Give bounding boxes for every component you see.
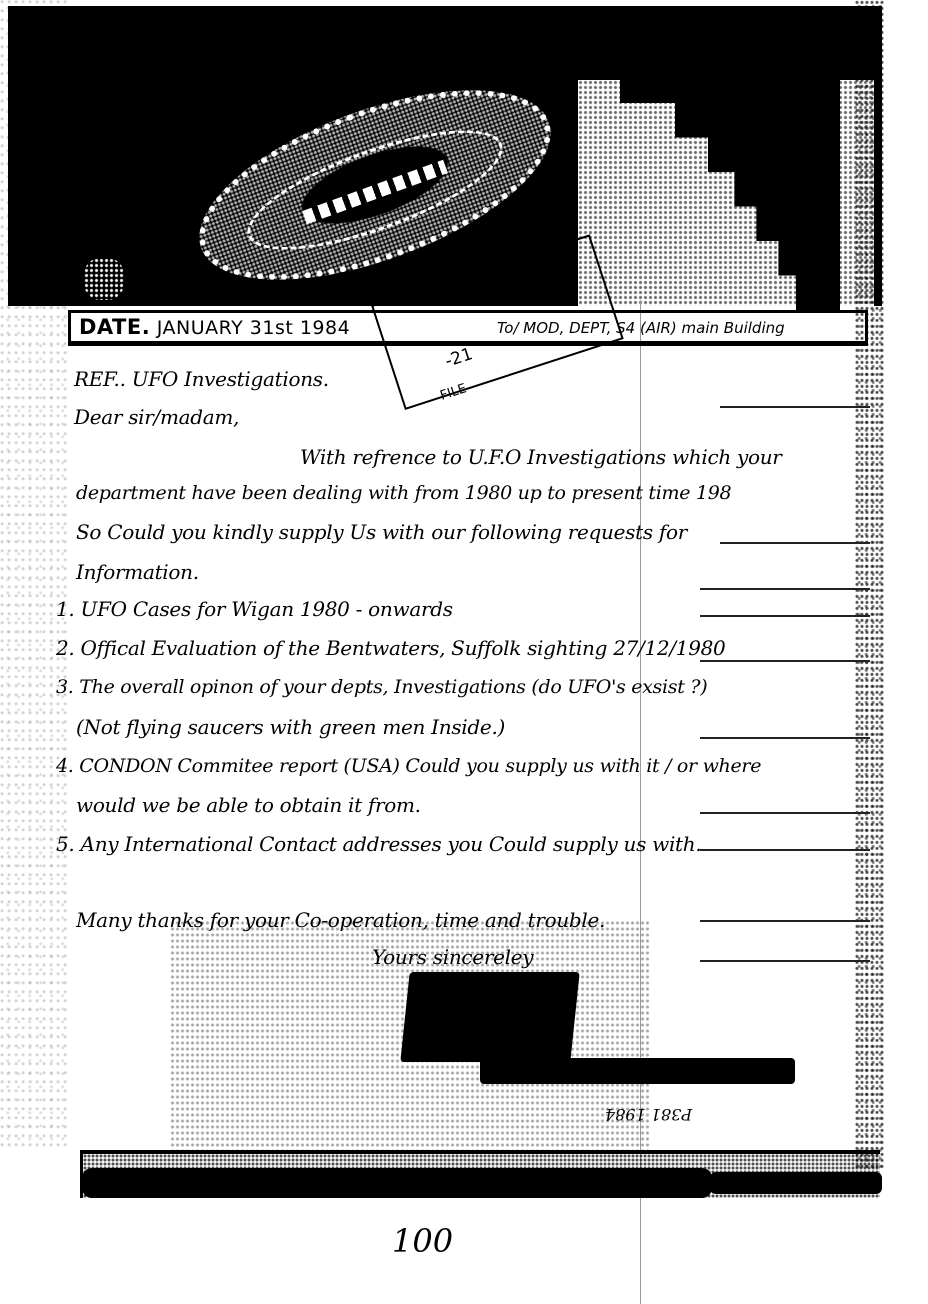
request-item-5: 5. Any International Contact addresses y…	[56, 832, 701, 856]
request-text: Any International Contact addresses you …	[81, 832, 702, 856]
date-value: JANUARY 31st 1984	[157, 317, 350, 339]
request-text: CONDON Commitee report (USA) Could you s…	[79, 755, 761, 777]
salutation: Dear sir/madam,	[74, 405, 239, 429]
request-text: Offical Evaluation of the Bentwaters, Su…	[81, 636, 726, 660]
request-continuation: (Not flying saucers with green men Insid…	[76, 715, 505, 739]
upside-down-annotation: P381 1984	[605, 1105, 692, 1124]
ruled-line	[700, 660, 870, 662]
redacted-signature	[400, 972, 579, 1062]
ruled-line	[700, 849, 870, 851]
request-item-1: 1. UFO Cases for Wigan 1980 - onwards	[56, 597, 453, 621]
ruled-line	[700, 588, 870, 590]
redacted-footer-left	[82, 1168, 712, 1198]
request-number: 3.	[56, 676, 74, 698]
request-text: UFO Cases for Wigan 1980 - onwards	[81, 597, 453, 621]
alien-logo-icon	[84, 258, 124, 300]
body-line: Information.	[76, 560, 199, 584]
date-label: DATE.	[79, 315, 150, 339]
scan-noise-right	[855, 0, 885, 1170]
ruled-line	[720, 542, 870, 544]
page-number: 100	[392, 1222, 453, 1260]
ruled-line	[700, 960, 870, 962]
request-continuation: would we be able to obtain it from.	[76, 793, 421, 817]
request-item-4: 4. CONDON Commitee report (USA) Could yo…	[56, 755, 761, 777]
ruled-line	[700, 812, 870, 814]
body-line: department have been dealing with from 1…	[76, 482, 731, 504]
request-text: The overall opinon of your depts, Invest…	[79, 676, 707, 698]
ruled-line	[700, 615, 870, 617]
redacted-name	[480, 1058, 795, 1084]
letter-date: DATE. JANUARY 31st 1984	[79, 315, 350, 339]
request-number: 1.	[56, 597, 74, 621]
request-number: 5.	[56, 832, 74, 856]
ruled-line	[700, 737, 870, 739]
closing-line: Many thanks for your Co-operation, time …	[76, 908, 605, 932]
request-number: 2.	[56, 636, 74, 660]
reference-line: REF.. UFO Investigations.	[74, 367, 329, 391]
ruled-line	[700, 920, 870, 922]
body-line: With refrence to U.F.O Investigations wh…	[300, 445, 782, 469]
sign-off: Yours sincereley	[372, 945, 533, 969]
redacted-footer-right	[710, 1172, 882, 1194]
request-item-3: 3. The overall opinon of your depts, Inv…	[56, 676, 707, 698]
request-number: 4.	[56, 755, 74, 777]
request-item-2: 2. Offical Evaluation of the Bentwaters,…	[56, 636, 725, 660]
body-line: So Could you kindly supply Us with our f…	[76, 520, 687, 544]
ruled-line	[720, 406, 870, 408]
